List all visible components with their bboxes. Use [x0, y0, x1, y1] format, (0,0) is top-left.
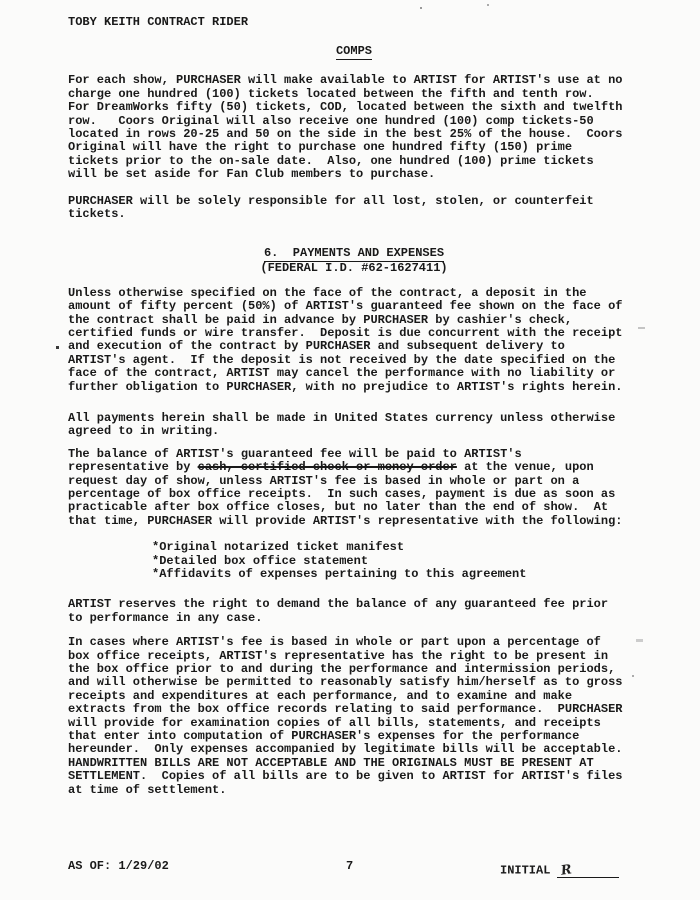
text-line: located in rows 20-25 and 50 on the side…: [68, 128, 640, 141]
text-line: and will otherwise be permitted to reaso…: [68, 676, 640, 689]
text-line: face of the contract, ARTIST may cancel …: [68, 367, 640, 380]
text-line: ARTIST reserves the right to demand the …: [68, 598, 640, 611]
text-line: request day of show, unless ARTIST's fee…: [68, 475, 640, 488]
handwritten-initial: R: [561, 863, 574, 877]
struck-text: cash, certified check or money order: [198, 460, 457, 474]
heading-text: (FEDERAL I.D. #62-1627411): [260, 262, 447, 275]
comps-heading: COMPS: [68, 45, 640, 60]
text-line: receipts and expenditures at each perfor…: [68, 690, 640, 703]
scan-speck: [487, 4, 489, 6]
text-line: The balance of ARTIST's guaranteed fee w…: [68, 448, 640, 461]
text-line: In cases where ARTIST's fee is based in …: [68, 636, 640, 649]
text-line: ARTIST's agent. If the deposit is not re…: [68, 354, 640, 367]
text-line: certified funds or wire transfer. Deposi…: [68, 327, 640, 340]
text-line: that enter into computation of PURCHASER…: [68, 730, 640, 743]
text-line: representative by cash, certified check …: [68, 461, 640, 474]
text-line: All payments herein shall be made in Uni…: [68, 412, 640, 425]
currency-para: All payments herein shall be made in Uni…: [68, 412, 640, 439]
text-line: that time, PURCHASER will provide ARTIST…: [68, 515, 640, 528]
text-segment: at the venue, upon: [457, 460, 594, 474]
deposit-para: Unless otherwise specified on the face o…: [68, 287, 640, 394]
scan-speck: [638, 327, 645, 329]
contract-rider-page: TOBY KEITH CONTRACT RIDER COMPSFor each …: [0, 0, 700, 900]
text-line: HANDWRITTEN BILLS ARE NOT ACCEPTABLE AND…: [68, 757, 640, 770]
scan-speck: [420, 7, 422, 9]
initial-label: INITIAL: [500, 864, 550, 878]
text-line: For each show, PURCHASER will make avail…: [68, 74, 640, 87]
as-of-date: AS OF: 1/29/02: [68, 860, 169, 873]
demand-para: ARTIST reserves the right to demand the …: [68, 598, 640, 625]
balance-para: The balance of ARTIST's guaranteed fee w…: [68, 448, 640, 528]
text-line: charge one hundred (100) tickets located…: [68, 88, 640, 101]
text-line: tickets prior to the on-sale date. Also,…: [68, 155, 640, 168]
scan-speck: [632, 675, 634, 677]
page-footer: AS OF: 1/29/02 7 INITIALR: [68, 858, 640, 884]
text-line: to performance in any case.: [68, 612, 640, 625]
text-line: box office receipts, ARTIST's representa…: [68, 650, 640, 663]
text-line: and execution of the contract by PURCHAS…: [68, 340, 640, 353]
comps-para-1: For each show, PURCHASER will make avail…: [68, 74, 640, 181]
text-line: further obligation to PURCHASER, with no…: [68, 381, 640, 394]
heading-text: COMPS: [336, 45, 372, 60]
document-title: TOBY KEITH CONTRACT RIDER: [68, 16, 640, 29]
text-line: extracts from the box office records rel…: [68, 703, 640, 716]
text-line: *Affidavits of expenses pertaining to th…: [152, 568, 640, 581]
text-line: practicable after box office closes, but…: [68, 501, 640, 514]
initial-signature-line: R: [557, 860, 619, 878]
text-line: the box office prior to and during the p…: [68, 663, 640, 676]
text-line: For DreamWorks fifty (50) tickets, COD, …: [68, 101, 640, 114]
text-line: PURCHASER will be solely responsible for…: [68, 195, 640, 208]
heading-text: 6. PAYMENTS AND EXPENSES: [264, 247, 444, 262]
text-line: row. Coors Original will also receive on…: [68, 115, 640, 128]
settlement-items: *Original notarized ticket manifest*Deta…: [68, 541, 640, 581]
payments-heading: 6. PAYMENTS AND EXPENSES: [68, 247, 640, 262]
text-line: Original will have the right to purchase…: [68, 141, 640, 154]
initial-area: INITIALR: [500, 860, 619, 878]
text-segment: representative by: [68, 460, 198, 474]
text-line: Unless otherwise specified on the face o…: [68, 287, 640, 300]
text-line: at time of settlement.: [68, 784, 640, 797]
text-line: tickets.: [68, 208, 640, 221]
percentage-para: In cases where ARTIST's fee is based in …: [68, 636, 640, 797]
page-number: 7: [346, 860, 353, 873]
text-line: agreed to in writing.: [68, 425, 640, 438]
text-line: SETTLEMENT. Copies of all bills are to b…: [68, 770, 640, 783]
document-body: COMPSFor each show, PURCHASER will make …: [68, 45, 640, 797]
comps-para-2: PURCHASER will be solely responsible for…: [68, 195, 640, 222]
text-line: the contract shall be paid in advance by…: [68, 314, 640, 327]
text-line: *Detailed box office statement: [152, 555, 640, 568]
scan-speck: [636, 639, 643, 642]
text-line: hereunder. Only expenses accompanied by …: [68, 743, 640, 756]
text-line: percentage of box office receipts. In su…: [68, 488, 640, 501]
federal-id-line: (FEDERAL I.D. #62-1627411): [68, 262, 640, 275]
scan-speck: [56, 346, 59, 349]
text-line: will provide for examination copies of a…: [68, 717, 640, 730]
text-line: *Original notarized ticket manifest: [152, 541, 640, 554]
text-line: amount of fifty percent (50%) of ARTIST'…: [68, 300, 640, 313]
text-line: will be set aside for Fan Club members t…: [68, 168, 640, 181]
